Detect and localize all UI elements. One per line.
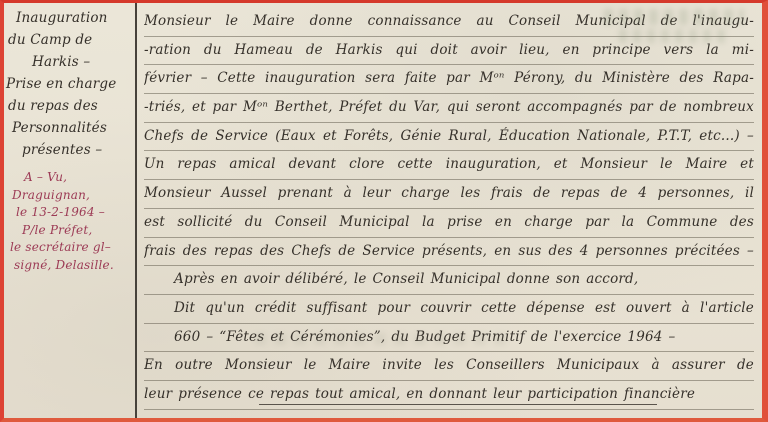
- margin-heading-line: Inauguration: [6, 7, 132, 29]
- manuscript-line: -triés, et par Mᵒⁿ Berthet, Préfet du Va…: [144, 94, 754, 123]
- manuscript-line: leur présence ce repas tout amical, en d…: [144, 381, 754, 410]
- margin-heading-line: du repas des: [6, 95, 132, 117]
- stamp-line: Draguignan,: [6, 187, 132, 205]
- manuscript-line: Dit qu'un crédit suffisant pour couvrir …: [144, 295, 754, 324]
- margin-divider-line: [135, 3, 137, 418]
- manuscript-line: frais des repas des Chefs de Service pré…: [144, 238, 754, 267]
- manuscript-line: Monsieur le Maire donne connaissance au …: [144, 8, 754, 37]
- margin-heading-line: présentes –: [6, 139, 132, 161]
- stamp-line: P/le Préfet,: [6, 222, 132, 240]
- manuscript-line: En outre Monsieur le Maire invite les Co…: [144, 352, 754, 381]
- manuscript-line: est sollicité du Conseil Municipal la pr…: [144, 209, 754, 238]
- manuscript-register-page: Inauguration du Camp de Harkis – Prise e…: [0, 0, 768, 422]
- prefecture-approval-stamp: A – Vu, Draguignan, le 13-2-1964 – P/le …: [6, 169, 132, 274]
- stamp-line: signé, Delasille.: [6, 257, 132, 275]
- margin-heading-line: Harkis –: [6, 51, 132, 73]
- manuscript-line: Après en avoir délibéré, le Conseil Muni…: [144, 266, 754, 295]
- margin-heading-line: Personnalités: [6, 117, 132, 139]
- stamp-line: le secrétaire gl–: [6, 239, 132, 257]
- manuscript-line: Chefs de Service (Eaux et Forêts, Génie …: [144, 123, 754, 152]
- stamp-line: le 13-2-1964 –: [6, 204, 132, 222]
- margin-column: Inauguration du Camp de Harkis – Prise e…: [6, 7, 132, 274]
- manuscript-line: février – Cette inauguration sera faite …: [144, 65, 754, 94]
- manuscript-line: Monsieur Aussel prenant à leur charge le…: [144, 180, 754, 209]
- manuscript-line: Un repas amical devant clore cette inaug…: [144, 151, 754, 180]
- manuscript-line: 660 – “Fêtes et Cérémonies”, du Budget P…: [144, 324, 754, 353]
- manuscript-body: Monsieur le Maire donne connaissance au …: [144, 8, 754, 410]
- stamp-line: A – Vu,: [6, 169, 132, 187]
- manuscript-line: -ration du Hameau de Harkis qui doit avo…: [144, 37, 754, 66]
- margin-heading-line: Prise en charge: [6, 73, 132, 95]
- entry-closing-rule: [259, 404, 657, 405]
- margin-heading-line: du Camp de: [6, 29, 132, 51]
